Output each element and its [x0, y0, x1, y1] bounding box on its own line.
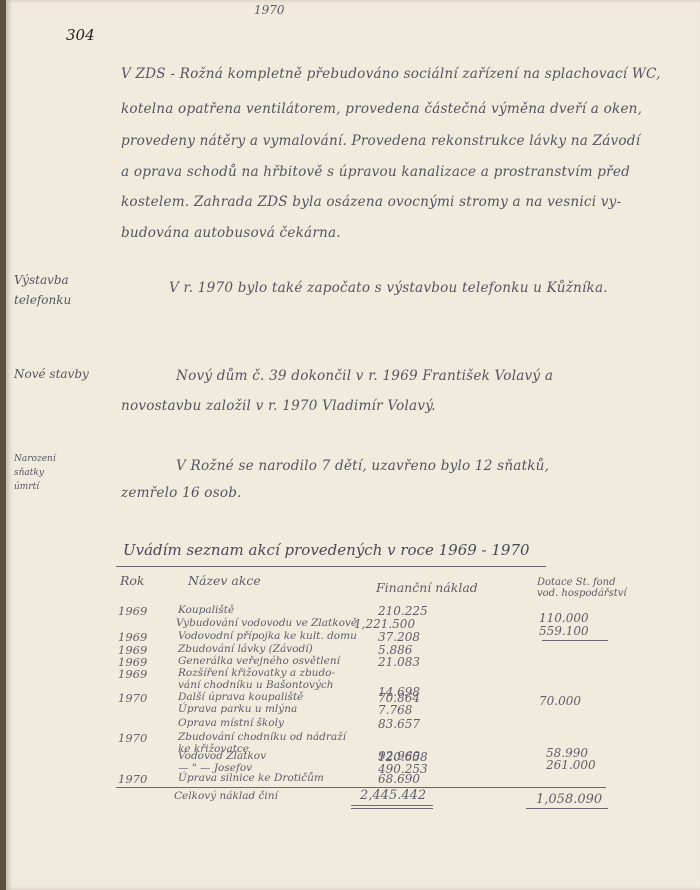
margin-note-line: Výstavba	[14, 270, 71, 290]
cell-subsidy: 559.100	[539, 624, 589, 638]
cell-subsidy: 70.000	[539, 694, 581, 708]
total-subsidy-underline	[526, 808, 608, 809]
cell-cost: 37.208	[378, 630, 420, 644]
cell-name: Úprava silnice ke Drotičům	[178, 772, 324, 784]
column-header-subsidy: Dotace St. fond vod. hospodářství	[537, 577, 627, 599]
header-year: 1970	[254, 3, 285, 17]
margin-note: Nové stavby	[14, 364, 89, 384]
cell-name: Vodovod Zlatkov	[178, 750, 266, 762]
cell-year: 1969	[118, 667, 147, 681]
margin-note-line: úmrtí	[14, 480, 56, 494]
text-line: budována autobusová čekárna.	[121, 225, 341, 241]
total-subsidy: 1,058.090	[536, 792, 602, 807]
margin-note: Výstavba telefonku	[14, 270, 71, 310]
text-line: provedeny nátěry a vymalování. Provedena…	[121, 133, 640, 149]
cell-name: Vybudování vodovodu ve Zlatkově	[176, 617, 357, 629]
margin-note-line: Nové stavby	[14, 364, 89, 384]
text-line: V r. 1970 bylo také započato s výstavbou…	[169, 280, 608, 296]
cell-cost: 1,221.500	[354, 617, 415, 631]
column-header-name: Název akce	[188, 573, 261, 588]
cell-name: Vodovodní přípojka ke kult. domu	[178, 630, 357, 642]
cell-cost: 210.225	[378, 604, 428, 618]
cell-subsidy: 110.000	[539, 611, 589, 625]
text-line: V Rožné se narodilo 7 dětí, uzavřeno byl…	[176, 458, 549, 474]
title-underline	[116, 566, 546, 567]
column-header-subsidy-line: Dotace St. fond	[537, 577, 627, 588]
total-cost: 2,445.442	[360, 788, 426, 803]
text-line: novostavbu založil v r. 1970 Vladimír Vo…	[121, 398, 436, 414]
margin-note-line: telefonku	[14, 290, 71, 310]
text-line: kostelem. Zahrada ZDS byla osázena ovocn…	[121, 194, 621, 210]
cell-cost: 83.657	[378, 717, 420, 731]
text-line: zemřelo 16 osob.	[121, 485, 242, 501]
cell-name: Rozšíření křižovatky a zbudo-	[178, 667, 335, 679]
column-header-cost: Finanční náklad	[376, 580, 478, 595]
cell-name: Zbudování chodníku od nádraží	[178, 731, 346, 743]
cell-cost: 7.768	[378, 703, 412, 717]
total-label: Celkový náklad činí	[174, 790, 278, 802]
margin-note: Narození sňatky úmrtí	[14, 452, 56, 494]
cell-name-continued: vání chodníku u Bašontových	[178, 679, 334, 691]
text-line: a oprava schodů na hřbitově s úpravou ka…	[121, 164, 630, 180]
cell-year: 1970	[118, 691, 147, 705]
cell-cost: 68.690	[378, 772, 420, 786]
cell-subsidy: 261.000	[546, 758, 596, 772]
cell-year: 1970	[118, 772, 147, 786]
total-cost-double-underline	[351, 808, 433, 809]
cell-cost: 21.083	[378, 655, 420, 669]
cell-name: Koupaliště	[178, 604, 234, 616]
cell-name: Další úprava koupaliště	[178, 691, 303, 703]
cell-name: Generálka veřejného osvětlení	[178, 655, 340, 667]
text-line: kotelna opatřena ventilátorem, provedena…	[121, 101, 642, 117]
cell-year: 1970	[118, 731, 147, 745]
cell-name: Úprava parku u mlýna	[178, 703, 297, 715]
margin-note-line: Narození	[14, 452, 56, 466]
subsidy-subtotal-line	[542, 640, 608, 641]
cell-name: Zbudování lávky (Závodí)	[178, 643, 313, 655]
page-number: 304	[66, 26, 95, 44]
column-header-year: Rok	[120, 573, 145, 588]
column-header-subsidy-line: vod. hospodářství	[537, 588, 627, 599]
total-cost-underline	[351, 805, 433, 806]
margin-note-line: sňatky	[14, 466, 56, 480]
text-line: Nový dům č. 39 dokončil v r. 1969 Franti…	[176, 368, 553, 384]
text-line: V ZDS - Rožná kompletně přebudováno soci…	[121, 66, 661, 82]
cell-name: Oprava místní školy	[178, 717, 284, 729]
cell-year: 1969	[118, 630, 147, 644]
document-page: 1970 304 V ZDS - Rožná kompletně přebudo…	[6, 0, 700, 890]
table-title: Uvádím seznam akcí provedených v roce 19…	[123, 541, 530, 559]
cell-year: 1969	[118, 604, 147, 618]
